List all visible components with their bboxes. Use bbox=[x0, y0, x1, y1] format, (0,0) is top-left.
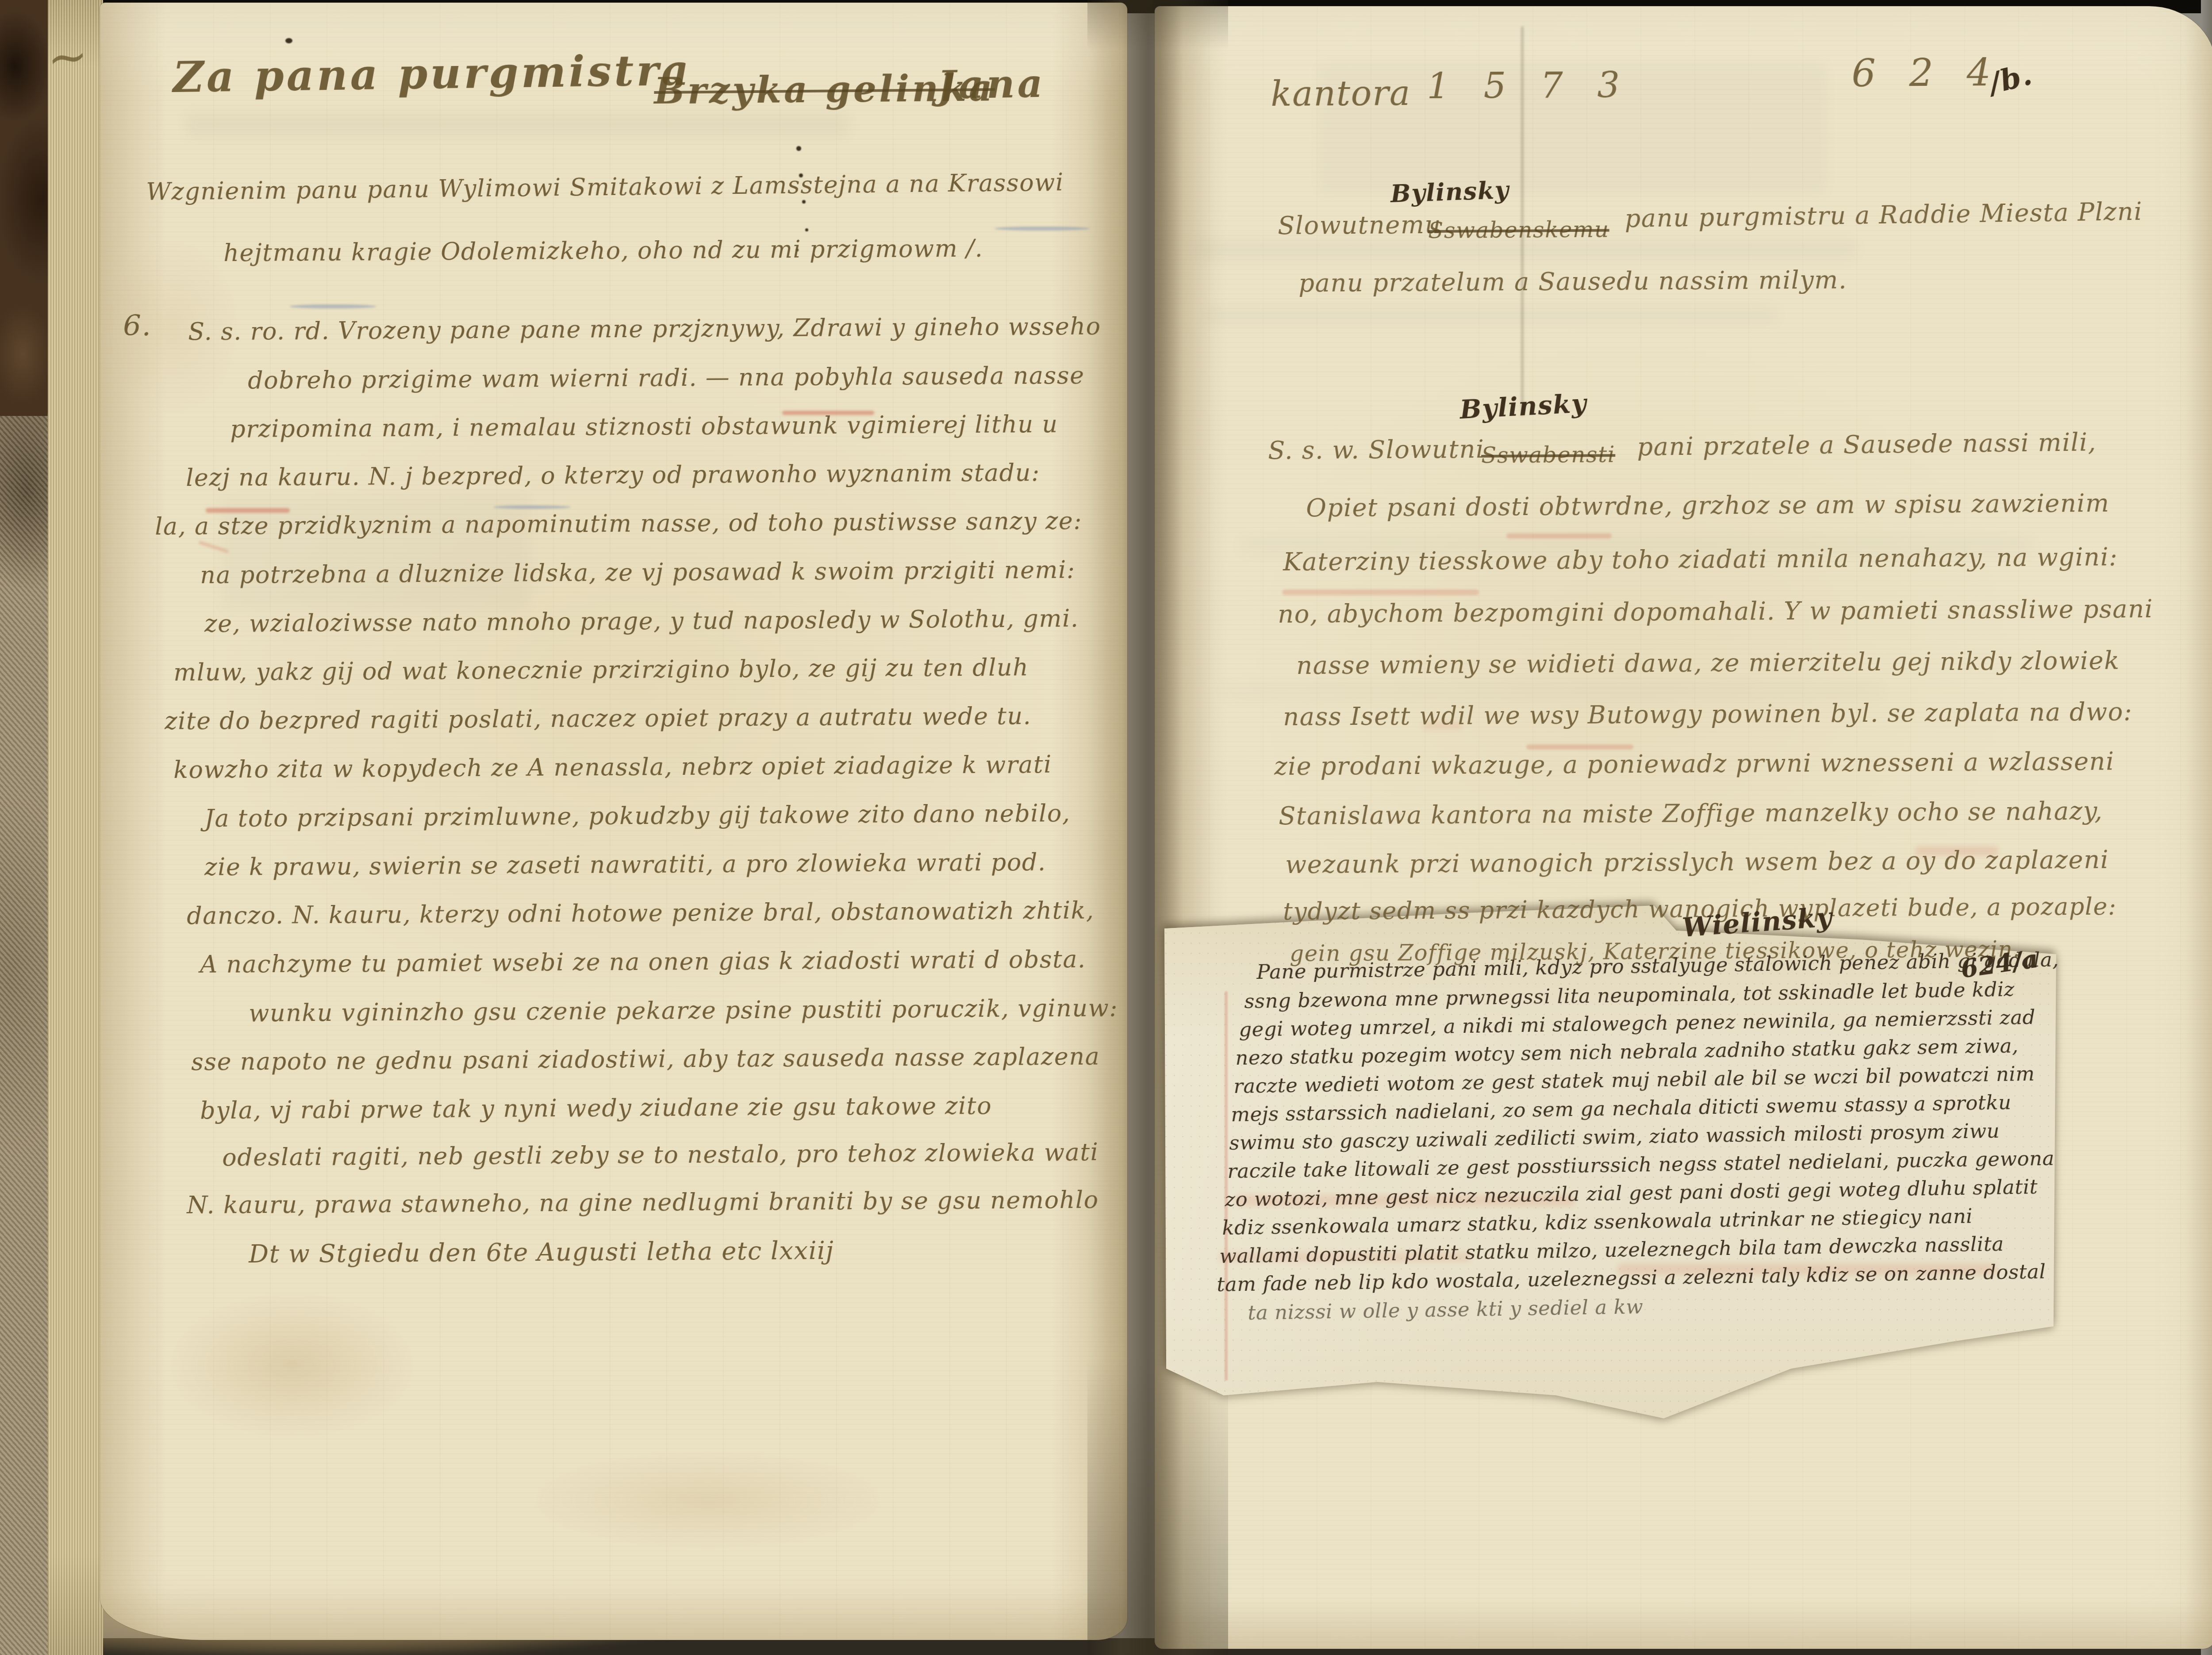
handwriting-layer: ~Za pana purgmistraBrzyka gelinkaJanaWzg… bbox=[0, 0, 2212, 1655]
manuscript-scan: ~Za pana purgmistraBrzyka gelinkaJanaWzg… bbox=[0, 0, 2212, 1655]
slip-handwriting: 624/aPane purmistrze pani mili, kdyz pro… bbox=[0, 0, 2212, 1655]
handwriting-line: ta nizssi w olle y asse kti y sediel a k… bbox=[1248, 1295, 1644, 1324]
